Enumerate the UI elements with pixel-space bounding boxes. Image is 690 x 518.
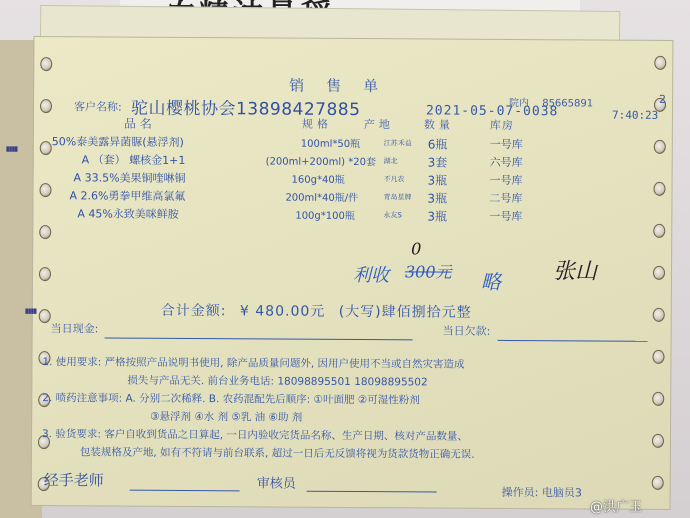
- order-time: 7:40:23: [612, 109, 658, 122]
- reviewer-label: 审核员: [257, 472, 296, 491]
- item-origin: 青岛星牌: [383, 192, 411, 202]
- spray-note: 2. 喷药注意事项: A. 分别二次稀释. B. 农药混配先后顺序: ①叶面肥 …: [42, 390, 420, 407]
- sprocket-hole: [653, 266, 665, 280]
- handwritten-amount-struck: 300元: [405, 259, 452, 282]
- item-qty: 3瓶: [428, 171, 448, 188]
- item-name: A 45%永致美咪鲜胺: [77, 205, 179, 222]
- handwritten-signature: 张山: [553, 254, 597, 285]
- item-name: A 2.6%勇拳甲维高氯氟: [69, 187, 185, 204]
- item-store: 六号库: [490, 154, 523, 170]
- sprocket-hole: [652, 476, 664, 490]
- sprocket-hole: [39, 309, 51, 323]
- item-qty: 6瓶: [428, 135, 448, 152]
- item-store: 一号库: [490, 136, 523, 152]
- total-label: 合计金额:: [161, 303, 227, 319]
- item-name: A 33.5%美果铜喹啉铜: [74, 169, 186, 186]
- item-name: A （套） 螺核金1+1: [82, 151, 186, 168]
- handler-label: 经手老师: [44, 469, 104, 490]
- customer-label: 客户名称:: [74, 98, 122, 114]
- item-qty: 3套: [428, 153, 448, 170]
- item-origin: 湖北: [384, 156, 398, 166]
- spray-note-cont: ③悬浮剂 ④水 剂 ⑤乳 油 ⑥助 剂: [150, 409, 302, 425]
- weibo-watermark: @洪广玉: [590, 496, 642, 515]
- usage-note: 1. 使用要求: 严格按照产品说明书使用, 除产品质量问题外, 因用户使用不当或…: [42, 354, 464, 372]
- header-spec: 规格: [302, 116, 332, 132]
- handwritten-correction: 0: [411, 239, 421, 258]
- total-amount-line: 合计金额: ¥ 480.00元 (大写)肆佰捌拾元整: [161, 300, 472, 322]
- side-number: 2: [659, 93, 666, 106]
- item-spec: 100g*100瓶: [295, 207, 355, 222]
- reviewer-field-line: [307, 491, 437, 493]
- operator-label: 操作员: 电脑员3: [502, 484, 582, 500]
- item-store: 一号库: [489, 208, 522, 224]
- header-qty: 数量: [424, 116, 454, 132]
- item-qty: 3瓶: [427, 207, 447, 224]
- sprocket-hole: [39, 225, 51, 239]
- sprocket-hole: [653, 308, 665, 322]
- header-store: 库房: [490, 117, 514, 133]
- item-spec: 200ml*40瓶/件: [285, 189, 358, 204]
- inspection-note-cont: 包装规格及产地, 如有不符请与前台联系, 超过一日后无反馈将视为货款货物正确无误…: [80, 444, 475, 461]
- sprocket-hole: [40, 99, 52, 113]
- handwritten-initials: 略: [481, 266, 501, 295]
- handler-field-line: [130, 490, 240, 492]
- header-name: 品名: [124, 115, 156, 132]
- side-stamp-mark: ▮▮▮▮: [25, 307, 36, 315]
- cash-field-line: [105, 337, 413, 340]
- debt-field-line: [498, 340, 648, 342]
- item-name: 50%泰美露异菌脲(悬浮剂): [52, 133, 184, 150]
- item-qty: 3瓶: [427, 189, 447, 206]
- item-spec: 100ml*50瓶: [301, 135, 360, 150]
- sprocket-hole: [652, 350, 664, 364]
- usage-note-cont: 损失与产品无关. 前台业务电话: 18098895501 18098895502: [127, 373, 427, 390]
- cash-label: 当日现金:: [51, 320, 99, 336]
- item-row: A 45%永致美咪鲜胺 100g*100瓶 永友S 3瓶 一号库: [33, 205, 673, 227]
- item-origin: 不凡农: [384, 174, 405, 184]
- item-origin: 江苏禾益: [384, 138, 412, 148]
- item-store: 一号库: [490, 172, 523, 188]
- item-spec: (200ml+200ml) *20套: [266, 152, 376, 168]
- header-origin: 产地: [364, 116, 394, 132]
- sprocket-hole: [654, 56, 666, 70]
- item-store: 二号库: [489, 190, 522, 206]
- sprocket-hole: [40, 57, 52, 71]
- sprocket-hole: [652, 392, 664, 406]
- side-stamp-mark: ▮▮▮▮: [6, 145, 17, 153]
- inspection-note: 3. 验货要求: 客户自收到货品之日算起, 一日内验收完货品名称、生产日期、核对…: [42, 426, 468, 444]
- sprocket-hole: [652, 434, 664, 448]
- debt-label: 当日欠款:: [443, 323, 491, 339]
- item-origin: 永友S: [383, 210, 402, 220]
- handwritten-note: 利收: [353, 261, 389, 287]
- sprocket-hole: [39, 267, 51, 281]
- sales-receipt: ▮▮▮▮ ▮▮▮▮ 销售单 客户名称: 驼山樱桃协会13898427885 院内…: [31, 36, 674, 510]
- item-spec: 160g*40瓶: [292, 171, 345, 186]
- total-capital: (大写)肆佰捌拾元整: [339, 304, 472, 321]
- receipt-title: 销售单: [289, 75, 400, 97]
- total-amount: ¥ 480.00元: [240, 303, 325, 320]
